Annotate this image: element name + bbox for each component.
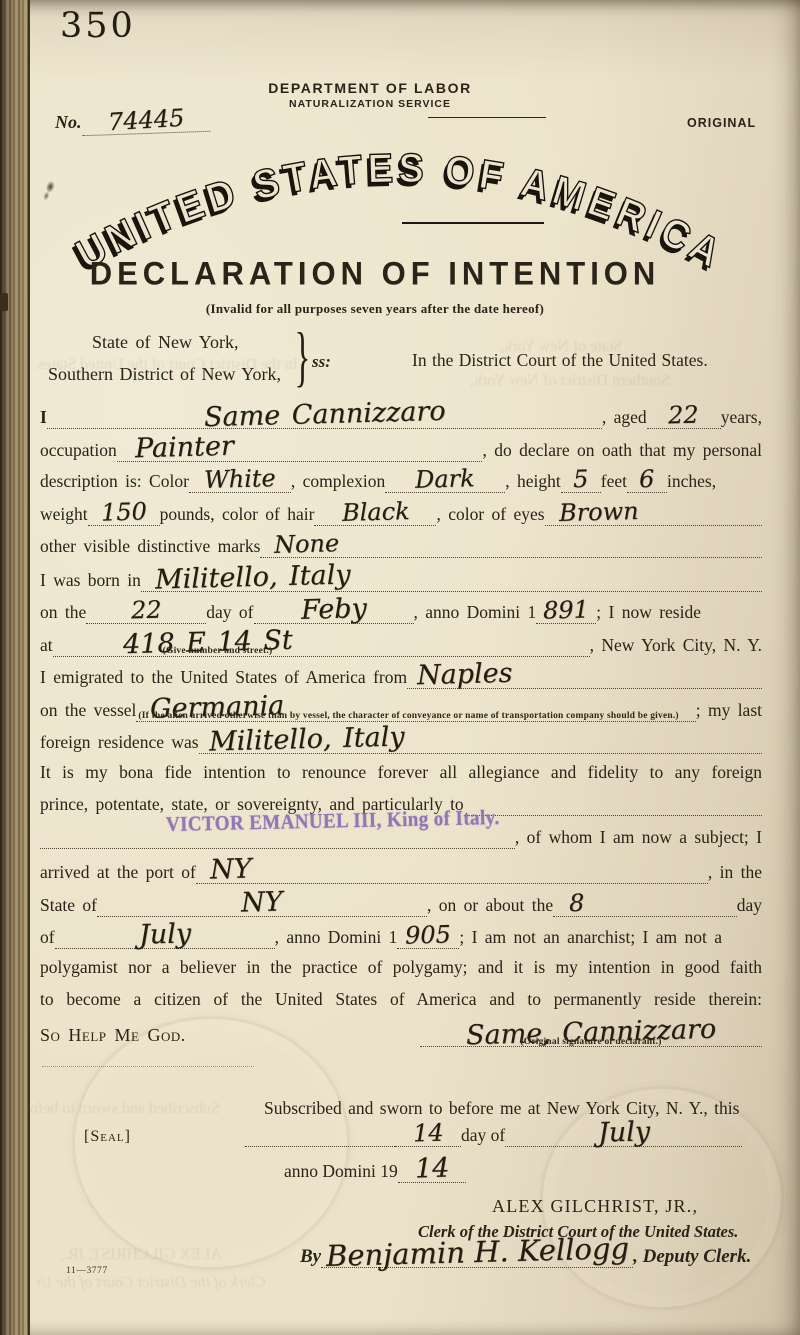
court-name: In the District Court of the United Stat… — [412, 350, 708, 371]
venue-block: State of New York, Southern District of … — [40, 330, 762, 402]
department-heading: DEPARTMENT OF LABOR — [0, 80, 740, 96]
venue-state: State of New York, — [92, 332, 239, 353]
height-feet-field: 5 — [561, 469, 601, 493]
clerk-name: ALEX GILCHRIST, JR., — [492, 1196, 698, 1217]
form-line-bona-fide: It is my bona fide intention to renounce… — [40, 762, 762, 795]
form-line-birthplace: I was born in Militello, Italy — [40, 567, 762, 600]
declarant-signature-field: Same, Cannizzaro(Original signature of d… — [420, 1022, 762, 1047]
by-label: By — [300, 1246, 321, 1268]
form-line-emigrated: I emigrated to the United States of Amer… — [40, 664, 762, 697]
anno-domini-label2: , anno Domini 1 — [275, 927, 398, 948]
book-binding-edge — [0, 0, 30, 1335]
on-the-label: on the — [40, 602, 86, 623]
signature-hint: (Original signature of declarant.) — [520, 1038, 661, 1048]
deputy-signature: Benjamin H. Kellogg — [325, 1236, 629, 1269]
i-word: I — [40, 407, 47, 428]
name-field: Same Cannizzaro — [47, 404, 602, 429]
form-code: 11—3777 — [66, 1266, 108, 1276]
on-or-about-label: , on or about the — [427, 895, 553, 916]
hair-value: Black — [341, 501, 409, 523]
birth-month-field: Feby — [254, 599, 414, 624]
sworn-month-field: July — [505, 1122, 742, 1147]
citizen-text: to become a citizen of the United States… — [40, 989, 762, 1009]
description-label: description is: Color — [40, 471, 189, 492]
birth-year-field: 891 — [536, 600, 596, 624]
bleedthrough-text: Clerk of the District Court of the Unite… — [36, 1274, 266, 1292]
emigrated-label: I emigrated to the United States of Amer… — [40, 667, 407, 688]
arrival-year-value: 905 — [405, 924, 451, 946]
hair-field: Black — [314, 502, 436, 526]
no-label: No. — [55, 112, 82, 133]
my-last-label: ; my last — [696, 700, 762, 721]
occupation-value: Painter — [134, 435, 233, 461]
vessel-label: on the vessel — [40, 700, 136, 721]
foreign-residence-field: Militello, Italy — [199, 729, 762, 754]
seal-label: [Seal] — [84, 1128, 131, 1146]
state-of-label: State of — [40, 895, 97, 916]
dotted-blank — [245, 1125, 395, 1147]
form-line-oath-signature: So Help Me God. Same, Cannizzaro(Origina… — [40, 1022, 762, 1060]
document-subtitle: (Invalid for all purposes seven years af… — [0, 301, 750, 317]
anno-domini-label: , anno Domini 1 — [414, 602, 537, 623]
form-line-weight: weight 150 pounds, color of hair Black ,… — [40, 502, 762, 535]
divider-rule — [402, 222, 544, 224]
declare-label: , do declare on oath that my personal — [482, 440, 762, 461]
deputy-title: , Deputy Clerk. — [633, 1246, 751, 1268]
foreign-residence-value: Militello, Italy — [208, 726, 404, 754]
in-the-label: , in the — [708, 862, 762, 883]
color-field: White — [189, 469, 291, 493]
inches-label: inches, — [667, 471, 716, 492]
sworn-day-value: 14 — [412, 1123, 443, 1144]
birthplace-field: Militello, Italy — [141, 567, 762, 592]
eyes-value: Brown — [558, 500, 638, 522]
occupation-label: occupation — [40, 440, 117, 461]
feet-label: feet — [601, 471, 627, 492]
of-label: of — [40, 927, 55, 948]
arrived-label: arrived at the port of — [40, 862, 196, 883]
aged-label: , aged — [602, 407, 647, 428]
so-help-text: So Help Me God. — [40, 1025, 186, 1046]
subscribed-line: Subscribed and sworn to before me at New… — [264, 1098, 739, 1119]
jurat-day-of-label: day of — [461, 1125, 505, 1146]
form-line-birthdate: on the 22 day of Feby , anno Domini 1 89… — [40, 599, 762, 632]
declaration-of-intention-document: In the District Court of the United Stat… — [0, 0, 800, 1335]
name-value: Same Cannizzaro — [203, 401, 445, 430]
birthplace-value: Militello, Italy — [155, 564, 351, 592]
age-field: 22 — [647, 405, 721, 429]
deputy-signature-field: Benjamin H. Kellogg — [321, 1240, 633, 1268]
port-field: NY — [196, 859, 708, 884]
form-line-foreign-residence: foreign residence was Militello, Italy — [40, 729, 762, 762]
marks-label: other visible distinctive marks — [40, 536, 260, 557]
deputy-clerk-line: By Benjamin H. Kellogg , Deputy Clerk. — [300, 1240, 752, 1268]
form-line-port: arrived at the port of NY , in the — [40, 859, 762, 892]
emigrated-from-value: Naples — [417, 663, 513, 688]
address-hint: (Give number and street.) — [163, 647, 273, 657]
sworn-day-field: 14 — [395, 1123, 461, 1147]
years-label: years, — [721, 407, 762, 428]
sworn-month-value: July — [597, 1121, 650, 1145]
document-number-value: 74445 — [107, 108, 184, 133]
form-line-arrival-date: of July , anno Domini 1 905 ; I am not a… — [40, 924, 762, 957]
dotted-blank — [464, 794, 762, 816]
arrival-month-field: July — [55, 924, 275, 949]
address-field: 418 E 14 St(Give number and street.) — [53, 632, 590, 657]
emigrated-from-field: Naples — [407, 664, 762, 689]
birth-year-value: 891 — [543, 599, 589, 621]
birth-day-field: 22 — [86, 600, 206, 624]
sworn-year-value: 14 — [414, 1158, 449, 1182]
sworn-year-line: anno Domini 19 14 — [284, 1158, 466, 1183]
height-inches-value: 6 — [639, 469, 655, 490]
original-label: ORIGINAL — [687, 116, 756, 130]
color-value: White — [204, 468, 276, 490]
vessel-hint: (If the alien arrived otherwise than by … — [138, 712, 678, 722]
document-title: DECLARATION OF INTENTION — [0, 255, 750, 292]
document-number-line: No. 74445 — [55, 110, 210, 134]
state-value: NY — [241, 891, 283, 915]
hair-label: pounds, color of hair — [160, 504, 315, 525]
height-inches-field: 6 — [627, 469, 667, 493]
birth-day-value: 22 — [131, 600, 162, 621]
anarchist-label: ; I am not an anarchist; I am not a — [459, 927, 722, 948]
sworn-date-line: 14 day of July — [245, 1122, 742, 1147]
age-value: 22 — [668, 405, 699, 426]
venue-brace: } — [294, 318, 310, 395]
sworn-year-field: 14 — [398, 1158, 466, 1183]
state-field: NY — [97, 892, 427, 917]
height-feet-value: 5 — [573, 469, 589, 490]
born-label: I was born in — [40, 570, 141, 591]
complexion-field: Dark — [385, 469, 505, 493]
complexion-label: , complexion — [291, 471, 385, 492]
ink-smudge — [41, 179, 57, 203]
faint-dotted-line — [42, 1066, 254, 1067]
form-body: I Same Cannizzaro , aged 22 years, occup… — [40, 404, 762, 1060]
page-number: 350 — [60, 6, 136, 46]
city-label: , New York City, N. Y. — [590, 635, 762, 656]
anno-19-label: anno Domini 19 — [284, 1161, 398, 1182]
venue-district: Southern District of New York, — [48, 364, 281, 385]
eyes-label: , color of eyes — [436, 504, 544, 525]
now-reside-label: ; I now reside — [596, 602, 701, 623]
occupation-field: Painter — [117, 437, 483, 462]
height-label: , height — [505, 471, 561, 492]
birth-month-value: Feby — [300, 598, 366, 623]
weight-field: 150 — [88, 502, 160, 526]
at-label: at — [40, 635, 53, 656]
form-line-name: I Same Cannizzaro , aged 22 years, — [40, 404, 762, 437]
weight-label: weight — [40, 504, 88, 525]
foreign-residence-label: foreign residence was — [40, 732, 199, 753]
vessel-field: Germania(If the alien arrived otherwise … — [136, 697, 695, 722]
document-number-field: 74445 — [81, 108, 210, 136]
port-value: NY — [210, 858, 252, 882]
form-line-occupation: occupation Painter , do declare on oath … — [40, 437, 762, 470]
complexion-value: Dark — [415, 468, 475, 490]
marks-field: None — [260, 534, 762, 558]
arrival-year-field: 905 — [397, 925, 459, 949]
arrival-month-value: July — [138, 923, 191, 947]
form-line-marks: other visible distinctive marks None — [40, 534, 762, 567]
polygamist-text: polygamist nor a believer in the practic… — [40, 957, 762, 977]
day-of-label: day of — [206, 602, 253, 623]
arrival-day-field: 8 — [553, 893, 737, 917]
form-line-address: at 418 E 14 St(Give number and street.) … — [40, 632, 762, 665]
form-line-polygamist: polygamist nor a believer in the practic… — [40, 957, 762, 990]
day-label: day — [737, 895, 762, 916]
subject-text: , of whom I am now a subject; I — [515, 827, 762, 848]
marks-value: None — [274, 533, 340, 555]
header-rule — [428, 117, 546, 118]
eyes-field: Brown — [545, 502, 762, 526]
weight-value: 150 — [100, 501, 146, 523]
venue-ss: ss: — [312, 352, 331, 372]
bona-fide-text: It is my bona fide intention to renounce… — [40, 762, 762, 782]
arrival-day-value: 8 — [569, 892, 585, 913]
